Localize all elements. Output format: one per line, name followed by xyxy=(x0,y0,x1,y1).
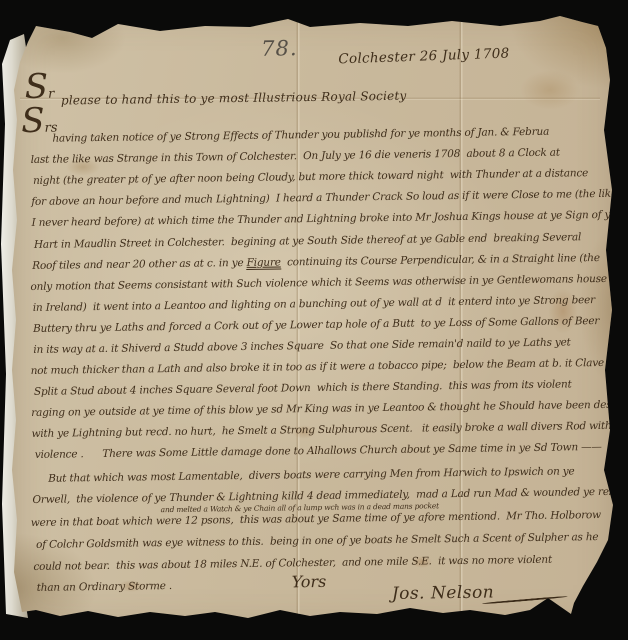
signature-flourish xyxy=(482,595,568,604)
manuscript-line: night (the greater pt of ye after noon b… xyxy=(33,167,588,187)
manuscript-line: with ye Lightning but recd. no hurt, he … xyxy=(31,420,626,440)
manuscript-line: Roof tiles and near 20 other as at c. in… xyxy=(32,252,600,272)
manuscript-line: But that which was most Lamentable, dive… xyxy=(48,465,574,484)
salutation-line: please to hand this to ye most Illustrio… xyxy=(61,89,407,108)
manuscript-line: not much thicker than a Lath and also br… xyxy=(31,357,619,377)
folio-number: 78. xyxy=(261,36,298,61)
underlined-word-figure: Figure xyxy=(247,256,281,269)
manuscript-line: could not bear. this was about 18 miles … xyxy=(33,554,552,573)
signature: Jos. Nelson xyxy=(392,583,495,604)
manuscript-line: for above an hour before and much Lightn… xyxy=(31,188,617,208)
manuscript-paper: 78. Colchester 26 July 1708 Sr please to… xyxy=(0,0,628,640)
manuscript-line: raging on ye outside at ye time of this … xyxy=(31,398,628,418)
manuscript-line: in its way at a. it Shiverd a Studd abov… xyxy=(33,336,570,356)
manuscript-line: of Colchr Goldsmith was eye witness to t… xyxy=(36,531,598,551)
manuscript-line: Buttery thru ye Laths and forced a Cork … xyxy=(33,315,599,335)
manuscript-line: Hart in Maudlin Street in Colchester. be… xyxy=(34,231,581,251)
address-initial: Srs xyxy=(21,116,57,135)
handwritten-text-layer: 78. Colchester 26 July 1708 Sr please to… xyxy=(0,0,628,640)
line-text: Roof tiles and near 20 other as at c. in… xyxy=(32,257,247,272)
manuscript-line: last the like was Strange in this Town o… xyxy=(31,147,560,166)
salutation-initial: Sr xyxy=(25,82,55,100)
manuscript-line: I never heard before) at which time the … xyxy=(32,209,617,229)
closing-yours: Yors xyxy=(292,572,327,591)
place-and-date: Colchester 26 July 1708 xyxy=(338,45,510,67)
manuscript-line: violence . There was Some Little damage … xyxy=(35,441,602,461)
manuscript-line: were in that boat which were 12 psons, t… xyxy=(31,509,601,529)
manuscript-line: having taken notice of ye Strong Effects… xyxy=(52,126,549,145)
manuscript-line: Split a Stud about 4 inches Square Sever… xyxy=(34,378,572,398)
line-text: continuing its Course Perpendicular, & i… xyxy=(281,252,600,268)
manuscript-line: than an Ordinary Storme . xyxy=(37,580,172,594)
scanned-manuscript-view: 78. Colchester 26 July 1708 Sr please to… xyxy=(0,0,628,640)
manuscript-line: in Ireland) it went into a Leantoo and l… xyxy=(33,294,595,314)
manuscript-line: only motion that Seems consistant with S… xyxy=(30,273,607,293)
